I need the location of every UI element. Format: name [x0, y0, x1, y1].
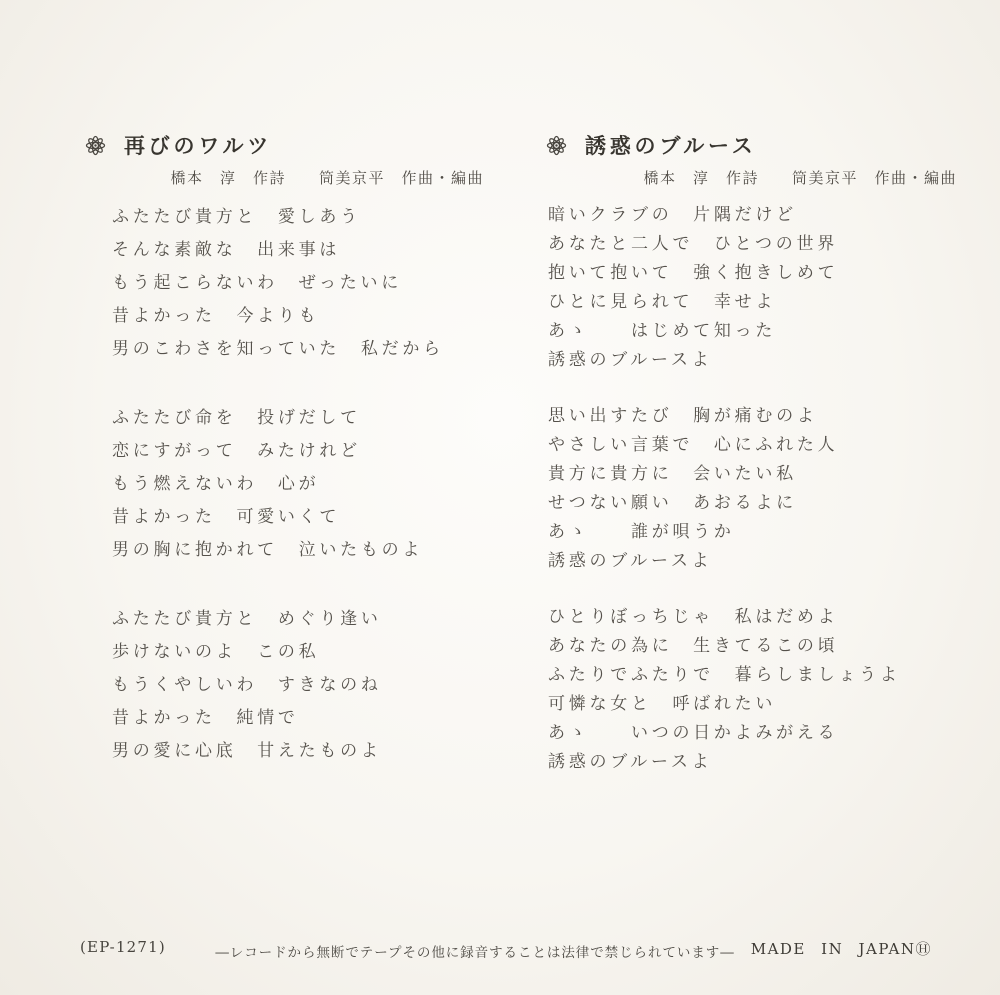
- song-credit: 橋本 淳 作詩 筒美京平 作曲・編曲: [84, 167, 486, 188]
- lyric-line: あゝ はじめて知った: [548, 317, 967, 346]
- lyric-line: 抱いて抱いて 強く抱きしめて: [548, 259, 967, 288]
- lyric-line: 可憐な女と 呼ばれたい: [548, 690, 967, 719]
- lyric-line: ふたたび貴方と めぐり逢い: [112, 603, 486, 636]
- song-header-right: 誘惑のブルース: [545, 130, 967, 160]
- lyric-line: ふたたび貴方と 愛しあう: [112, 201, 486, 234]
- verse: 暗いクラブの 片隅だけど あなたと二人で ひとつの世界 抱いて抱いて 強く抱きし…: [548, 201, 967, 375]
- lyric-line: ひとりぼっちじゃ 私はだめよ: [548, 603, 967, 632]
- atom-flower-icon: [84, 134, 107, 157]
- lyric-line: 昔よかった 可愛いくて: [112, 501, 486, 534]
- verse: ふたたび命を 投げだして 恋にすがって みたけれど もう燃えないわ 心が 昔よか…: [112, 402, 486, 567]
- lyric-line: そんな素敵な 出来事は: [112, 234, 486, 267]
- lyric-line: もう起こらないわ ぜったいに: [112, 267, 486, 300]
- lyric-sheet: 再びのワルツ 橋本 淳 作詩 筒美京平 作曲・編曲 ふたたび貴方と 愛しあう そ…: [0, 0, 1000, 995]
- lyric-line: 昔よかった 今よりも: [112, 300, 486, 333]
- lyrics: ふたたび貴方と 愛しあう そんな素敵な 出来事は もう起こらないわ ぜったいに …: [84, 201, 486, 768]
- song-header-left: 再びのワルツ: [84, 130, 486, 160]
- lyric-line: 男のこわさを知っていた 私だから: [112, 333, 486, 366]
- lyric-line: 誘惑のブルースよ: [548, 748, 967, 777]
- lyric-line: もう燃えないわ 心が: [112, 468, 486, 501]
- made-in-japan-label: MADE IN JAPANⒽ: [751, 938, 932, 959]
- lyric-line: 思い出すたび 胸が痛むのよ: [548, 402, 967, 431]
- lyric-line: 誘惑のブルースよ: [548, 547, 967, 576]
- verse: ひとりぼっちじゃ 私はだめよ あなたの為に 生きてるこの頃 ふたりでふたりで 暮…: [548, 603, 967, 777]
- song-title: 再びのワルツ: [124, 130, 272, 160]
- lyric-line: あなたと二人で ひとつの世界: [548, 230, 967, 259]
- lyric-line: 暗いクラブの 片隅だけど: [548, 201, 967, 230]
- song-column-right: 誘惑のブルース 橋本 淳 作詩 筒美京平 作曲・編曲 暗いクラブの 片隅だけど …: [545, 130, 967, 804]
- lyric-line: あゝ いつの日かよみがえる: [548, 719, 967, 748]
- lyric-line: ふたりでふたりで 暮らしましょうよ: [548, 661, 967, 690]
- song-column-left: 再びのワルツ 橋本 淳 作詩 筒美京平 作曲・編曲 ふたたび貴方と 愛しあう そ…: [84, 130, 486, 804]
- lyric-line: 恋にすがって みたけれど: [112, 435, 486, 468]
- lyric-line: ひとに見られて 幸せよ: [548, 288, 967, 317]
- lyric-line: 男の愛に心底 甘えたものよ: [112, 735, 486, 768]
- lyric-line: 男の胸に抱かれて 泣いたものよ: [112, 534, 486, 567]
- verse: ふたたび貴方と めぐり逢い 歩けないのよ この私 もうくやしいわ すきなのね 昔…: [112, 603, 486, 768]
- song-title: 誘惑のブルース: [585, 130, 757, 160]
- verse: ふたたび貴方と 愛しあう そんな素敵な 出来事は もう起こらないわ ぜったいに …: [112, 201, 486, 366]
- lyric-line: 貴方に貴方に 会いたい私: [548, 460, 967, 489]
- lyric-line: やさしい言葉で 心にふれた人: [548, 431, 967, 460]
- lyric-line: ふたたび命を 投げだして: [112, 402, 486, 435]
- lyric-line: 昔よかった 純情で: [112, 702, 486, 735]
- song-credit: 橋本 淳 作詩 筒美京平 作曲・編曲: [545, 167, 967, 188]
- verse: 思い出すたび 胸が痛むのよ やさしい言葉で 心にふれた人 貴方に貴方に 会いたい…: [548, 402, 967, 576]
- lyric-line: あゝ 誰が唄うか: [548, 518, 967, 547]
- lyric-line: あなたの為に 生きてるこの頃: [548, 632, 967, 661]
- atom-flower-icon: [545, 134, 568, 157]
- lyric-line: せつない願い あおるよに: [548, 489, 967, 518]
- lyric-line: 歩けないのよ この私: [112, 636, 486, 669]
- lyric-line: 誘惑のブルースよ: [548, 346, 967, 375]
- lyric-line: もうくやしいわ すきなのね: [112, 669, 486, 702]
- lyrics: 暗いクラブの 片隅だけど あなたと二人で ひとつの世界 抱いて抱いて 強く抱きし…: [545, 201, 967, 777]
